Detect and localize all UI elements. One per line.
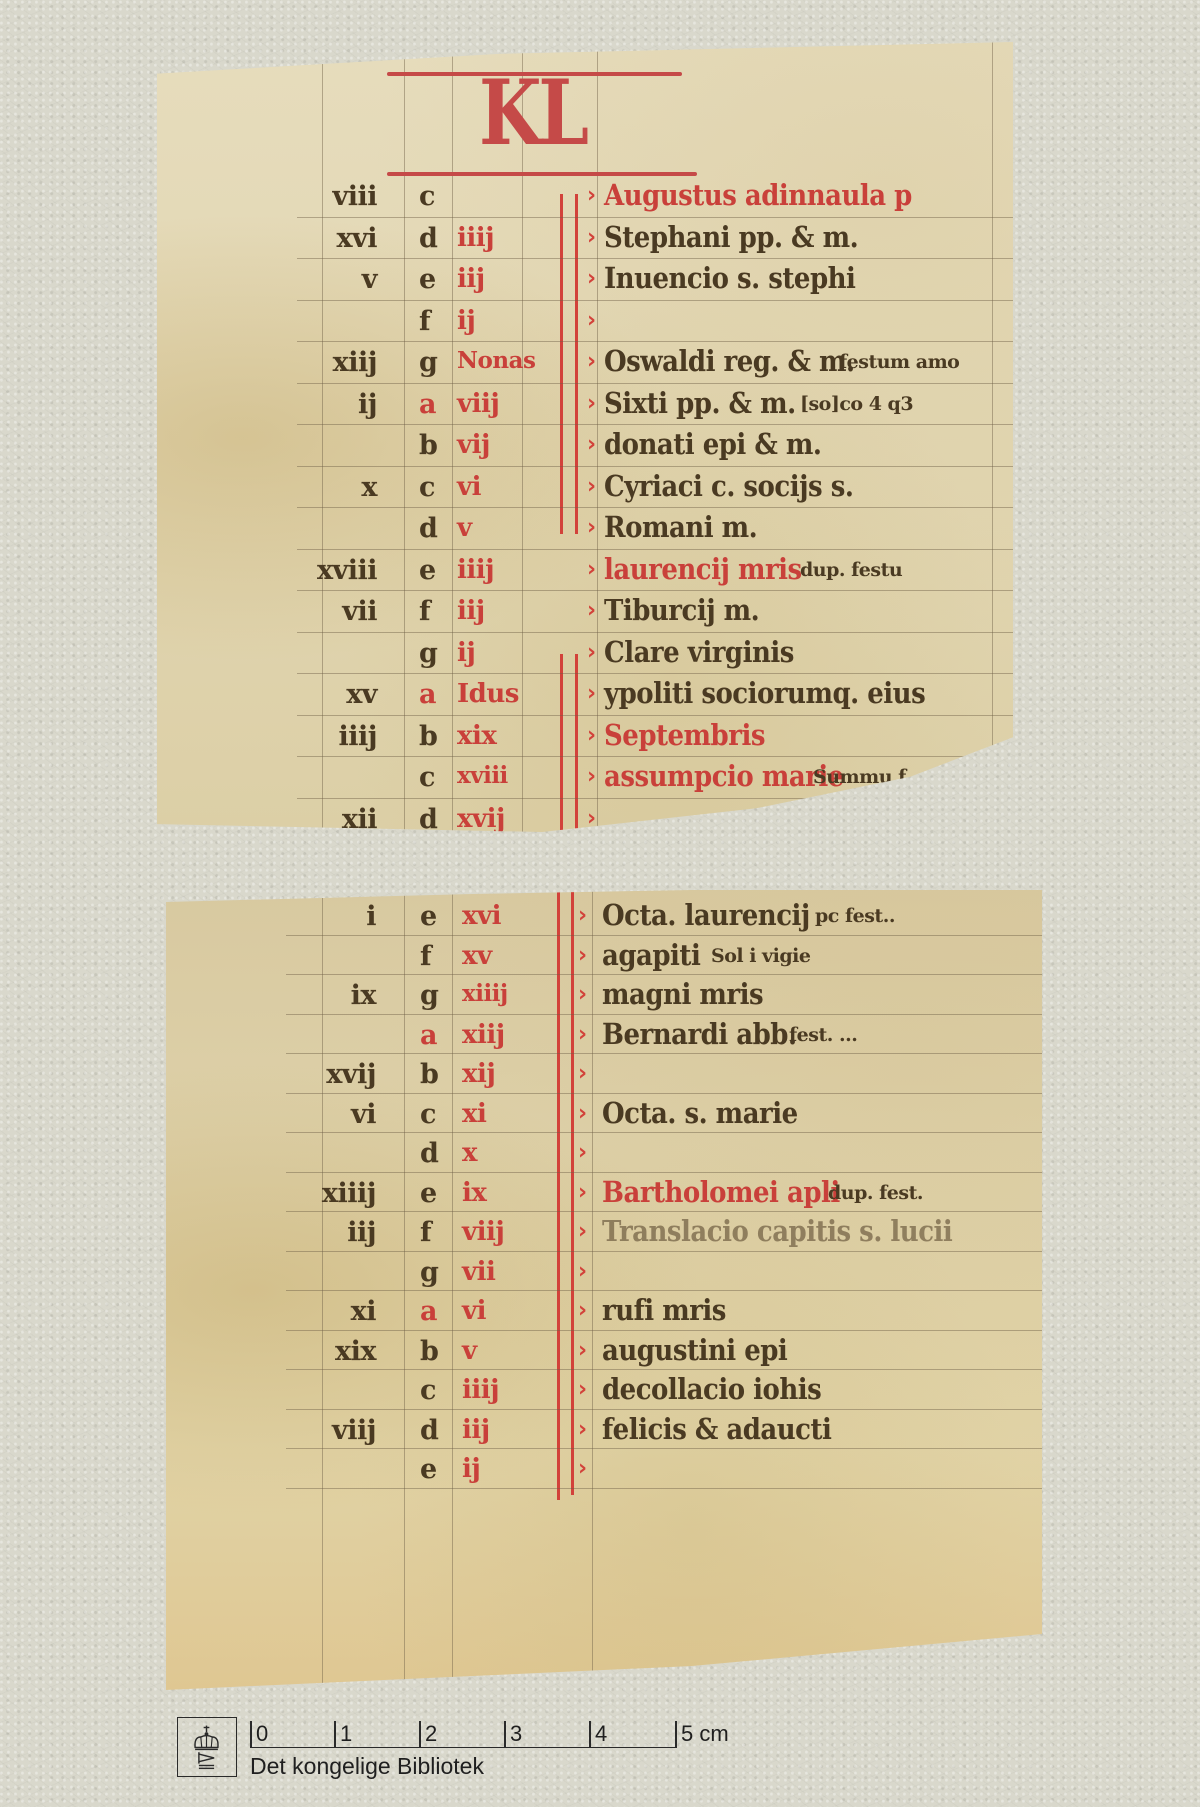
roman-day: xiij	[462, 1022, 505, 1048]
golden-number: xviii	[307, 557, 377, 584]
rubric-tick-mark: ›	[587, 183, 596, 208]
ruling-line	[286, 1053, 1042, 1054]
dominical-letter: c	[419, 764, 435, 791]
rubric-tick-mark: ›	[578, 1259, 587, 1284]
roman-day: xi	[462, 1101, 486, 1127]
roman-day: iij	[457, 598, 485, 624]
roman-day: xvi	[462, 903, 501, 929]
ruling-line	[992, 42, 993, 832]
rubric-tick-mark: ›	[587, 723, 596, 748]
rubric-tick-mark: ›	[587, 806, 596, 831]
roman-day: iiij	[462, 1377, 499, 1403]
ruling-line	[286, 1132, 1042, 1133]
ruling-line	[297, 424, 1013, 425]
saint-feast-entry: rufi mris	[602, 1297, 726, 1326]
roman-day: v	[462, 1338, 477, 1364]
dominical-letter: g	[419, 349, 437, 376]
saint-feast-entry: Stephani pp. & m.	[604, 223, 858, 252]
roman-day: xv	[462, 943, 492, 969]
rubric-tick-mark: ›	[587, 598, 596, 623]
dominical-letter: f	[420, 1219, 431, 1246]
saint-feast-entry: Sixti pp. & m.	[604, 389, 796, 418]
dominical-letter: b	[420, 1061, 438, 1088]
dominical-letter: g	[420, 1259, 438, 1286]
dominical-letter: d	[420, 1140, 438, 1167]
roman-day: viij	[462, 1219, 504, 1245]
ruler-tick	[250, 1721, 252, 1747]
golden-number: iiij	[307, 723, 377, 750]
marginal-note: dup. festu	[800, 561, 902, 580]
marginal-note: [so]co 4 q3	[800, 395, 913, 414]
dominical-letter: g	[420, 982, 438, 1009]
dominical-letter: f	[419, 308, 430, 335]
rubric-tick-mark: ›	[587, 764, 596, 789]
roman-day: xviii	[457, 764, 508, 787]
saint-feast-entry: Tiburcij m.	[604, 597, 759, 626]
ruling-line	[297, 798, 1013, 799]
dominical-letter: c	[420, 1101, 436, 1128]
ruling-line	[286, 935, 1042, 936]
ruler-label: 5 cm	[681, 1723, 729, 1745]
roman-day: Idus	[457, 681, 519, 707]
ruling-line	[286, 1409, 1042, 1410]
dominical-letter: c	[420, 1377, 436, 1404]
library-name: Det kongelige Bibliotek	[250, 1753, 484, 1780]
kl-letters: KL	[479, 68, 586, 158]
roman-day: xix	[457, 723, 496, 749]
dominical-letter: c	[419, 474, 435, 501]
ruling-line	[286, 1290, 1042, 1291]
dominical-letter: d	[419, 806, 437, 833]
dominical-letter: f	[420, 943, 431, 970]
roman-day: iij	[457, 266, 485, 292]
ruling-line	[297, 217, 1013, 218]
saint-feast-entry: Inuencio s. stephi	[604, 265, 855, 294]
ruling-line	[297, 507, 1013, 508]
saint-feast-entry: Bernardi abb.	[602, 1020, 797, 1049]
roman-day: ij	[457, 308, 475, 334]
rubric-tick-mark: ›	[578, 1377, 587, 1402]
dominical-letter: a	[419, 681, 436, 708]
dominical-letter: b	[420, 1338, 438, 1365]
roman-day: iiij	[457, 557, 494, 583]
saint-feast-entry: Clare virginis	[604, 638, 794, 667]
golden-number: xix	[306, 1338, 376, 1365]
rubric-tick-mark: ›	[587, 557, 596, 582]
roman-day: viij	[457, 391, 499, 417]
ruling-line	[297, 673, 1013, 674]
ruling-line	[297, 341, 1013, 342]
saint-feast-entry: magni mris	[602, 981, 763, 1010]
ruler-label: 2	[425, 1723, 437, 1745]
roman-day: x	[462, 1140, 477, 1166]
golden-number: xvi	[307, 225, 377, 252]
roman-day: xvij	[457, 806, 505, 832]
red-rule	[575, 194, 578, 534]
saint-feast-entry: ypoliti sociorumq. eius	[604, 680, 925, 709]
ruling-line	[297, 549, 1013, 550]
golden-number: x	[307, 474, 377, 501]
roman-day: iiij	[457, 225, 494, 251]
dominical-letter: e	[420, 1180, 437, 1207]
royal-crown-logo-icon	[177, 1717, 237, 1777]
rubric-tick-mark: ›	[587, 349, 596, 374]
ruling-line	[297, 590, 1013, 591]
roman-day: vii	[462, 1259, 495, 1285]
roman-day: vi	[462, 1298, 486, 1324]
ruling-line	[286, 1251, 1042, 1252]
saint-feast-entry: Translacio capitis s. lucii	[602, 1218, 952, 1247]
saint-feast-entry: Bartholomei apli	[602, 1178, 840, 1207]
golden-number: xv	[307, 681, 377, 708]
ruling-line	[297, 715, 1013, 716]
ruling-line	[297, 383, 1013, 384]
dominical-letter: d	[419, 225, 437, 252]
rubric-tick-mark: ›	[578, 943, 587, 968]
golden-number: vi	[306, 1101, 376, 1128]
golden-number: viij	[306, 1417, 376, 1444]
rubric-tick-mark: ›	[587, 266, 596, 291]
marginal-note: Sol i vigie	[711, 947, 810, 966]
saint-feast-entry: felicis & adaucti	[602, 1415, 831, 1444]
rubric-tick-mark: ›	[578, 903, 587, 928]
golden-number: xi	[306, 1298, 376, 1325]
manuscript-fragment-top: KL viiic›Augustus adinnaula pxvidiiij›St…	[157, 42, 1013, 832]
saint-feast-entry: Oswaldi reg. & m.	[604, 348, 855, 377]
kl-initial: KL	[387, 62, 727, 172]
saint-feast-entry: Cyriaci c. socijs s.	[604, 472, 853, 501]
ruler-label: 3	[510, 1723, 522, 1745]
rubric-tick-mark: ›	[578, 1061, 587, 1086]
saint-feast-entry: donati epi & m.	[604, 431, 821, 460]
red-rule	[560, 654, 563, 832]
ruling-line	[286, 1330, 1042, 1331]
saint-feast-entry: Octa. laurencij	[602, 902, 810, 931]
saint-feast-entry: assumpcio marie	[604, 763, 844, 792]
ruler-tick	[334, 1721, 336, 1747]
ruling-line	[286, 1093, 1042, 1094]
dominical-letter: a	[419, 391, 436, 418]
ruling-line	[286, 1488, 1042, 1489]
dominical-letter: a	[420, 1298, 437, 1325]
saint-feast-entry: agapiti	[602, 941, 700, 970]
ruler-tick	[675, 1721, 677, 1747]
roman-day: xij	[462, 1061, 495, 1087]
rubric-tick-mark: ›	[587, 515, 596, 540]
ruling-line	[286, 1211, 1042, 1212]
ruling-line	[297, 466, 1013, 467]
red-rule	[575, 654, 578, 832]
golden-number: ix	[306, 982, 376, 1009]
marginal-note: fest. ...	[789, 1026, 857, 1045]
red-rule	[571, 890, 574, 1495]
ruling-line	[286, 1014, 1042, 1015]
rubric-tick-mark: ›	[578, 1298, 587, 1323]
roman-day: Nonas	[457, 349, 535, 372]
rubric-tick-mark: ›	[587, 432, 596, 457]
saint-feast-entry: laurencij mris	[604, 555, 802, 584]
scale-bar-footer: 0 1 2 3 4 5 cm Det kongelige Bibliotek	[177, 1717, 737, 1787]
dominical-letter: e	[419, 266, 436, 293]
rubric-tick-mark: ›	[578, 1417, 587, 1442]
dominical-letter: c	[419, 183, 435, 210]
golden-number: vii	[307, 598, 377, 625]
rubric-tick-mark: ›	[578, 1140, 587, 1165]
ruling-line	[297, 258, 1013, 259]
roman-day: vij	[457, 432, 490, 458]
rubric-tick-mark: ›	[578, 1338, 587, 1363]
roman-day: ij	[462, 1456, 480, 1482]
saint-feast-entry: augustini epi	[602, 1336, 787, 1365]
kl-bottom-bar	[387, 172, 697, 176]
saint-feast-entry: Septembris	[604, 721, 765, 750]
dominical-letter: e	[419, 557, 436, 584]
dominical-letter: d	[420, 1417, 438, 1444]
rubric-tick-mark: ›	[587, 640, 596, 665]
rubric-tick-mark: ›	[578, 1456, 587, 1481]
rubric-tick-mark: ›	[587, 225, 596, 250]
dominical-letter: g	[419, 640, 437, 667]
golden-number: viii	[307, 183, 377, 210]
golden-number: ij	[307, 391, 377, 418]
golden-number: iij	[306, 1219, 376, 1246]
roman-day: iij	[462, 1417, 490, 1443]
saint-feast-entry: Romani m.	[604, 514, 757, 543]
marginal-note: pc fest..	[815, 907, 895, 926]
rubric-tick-mark: ›	[587, 474, 596, 499]
marginal-note: festum amo	[839, 353, 959, 372]
dominical-letter: e	[420, 1456, 437, 1483]
rubric-tick-mark: ›	[578, 1180, 587, 1205]
roman-day: v	[457, 515, 472, 541]
golden-number: xiiij	[306, 1180, 376, 1207]
golden-number: xii	[307, 806, 377, 833]
rubric-tick-mark: ›	[578, 1101, 587, 1126]
dominical-letter: d	[419, 515, 437, 542]
ruling-line	[297, 300, 1013, 301]
ruler-label: 4	[595, 1723, 607, 1745]
dominical-letter: f	[419, 598, 430, 625]
saint-feast-entry: Octa. s. marie	[602, 1099, 798, 1128]
ruling-line	[322, 42, 323, 832]
golden-number: xvij	[306, 1061, 376, 1088]
saint-feast-entry: Augustus adinnaula p	[604, 182, 912, 211]
ruling-line	[286, 1448, 1042, 1449]
roman-day: ij	[457, 640, 475, 666]
rubric-tick-mark: ›	[587, 391, 596, 416]
red-rule	[560, 194, 563, 534]
rubric-tick-mark: ›	[587, 681, 596, 706]
ruler-label: 0	[256, 1723, 268, 1745]
ruling-line	[286, 974, 1042, 975]
roman-day: vi	[457, 474, 481, 500]
roman-day: ix	[462, 1180, 486, 1206]
ruling-line	[297, 632, 1013, 633]
rubric-tick-mark: ›	[578, 982, 587, 1007]
dominical-letter: e	[420, 903, 437, 930]
rubric-tick-mark: ›	[587, 308, 596, 333]
dominical-letter: a	[420, 1022, 437, 1049]
roman-day: xiiij	[462, 982, 508, 1005]
ruling-line	[286, 1172, 1042, 1173]
ruling-line	[286, 1369, 1042, 1370]
centimeter-ruler: 0 1 2 3 4 5 cm	[250, 1717, 677, 1748]
golden-number: xiij	[307, 349, 377, 376]
ruler-tick	[419, 1721, 421, 1747]
golden-number: v	[307, 266, 377, 293]
ruling-line	[297, 756, 1013, 757]
ruler-tick	[504, 1721, 506, 1747]
rubric-tick-mark: ›	[578, 1022, 587, 1047]
golden-number: i	[306, 903, 376, 930]
dominical-letter: b	[419, 432, 437, 459]
marginal-note: Summu f..	[813, 768, 917, 787]
ruler-tick	[589, 1721, 591, 1747]
marginal-note: dup. fest.	[828, 1184, 923, 1203]
rubric-tick-mark: ›	[578, 1219, 587, 1244]
saint-feast-entry: decollacio iohis	[602, 1376, 821, 1405]
dominical-letter: b	[419, 723, 437, 750]
manuscript-fragment-bottom: iexvi›Octa. laurencijpc fest..fxv›agapit…	[166, 890, 1042, 1690]
ruler-label: 1	[340, 1723, 352, 1745]
